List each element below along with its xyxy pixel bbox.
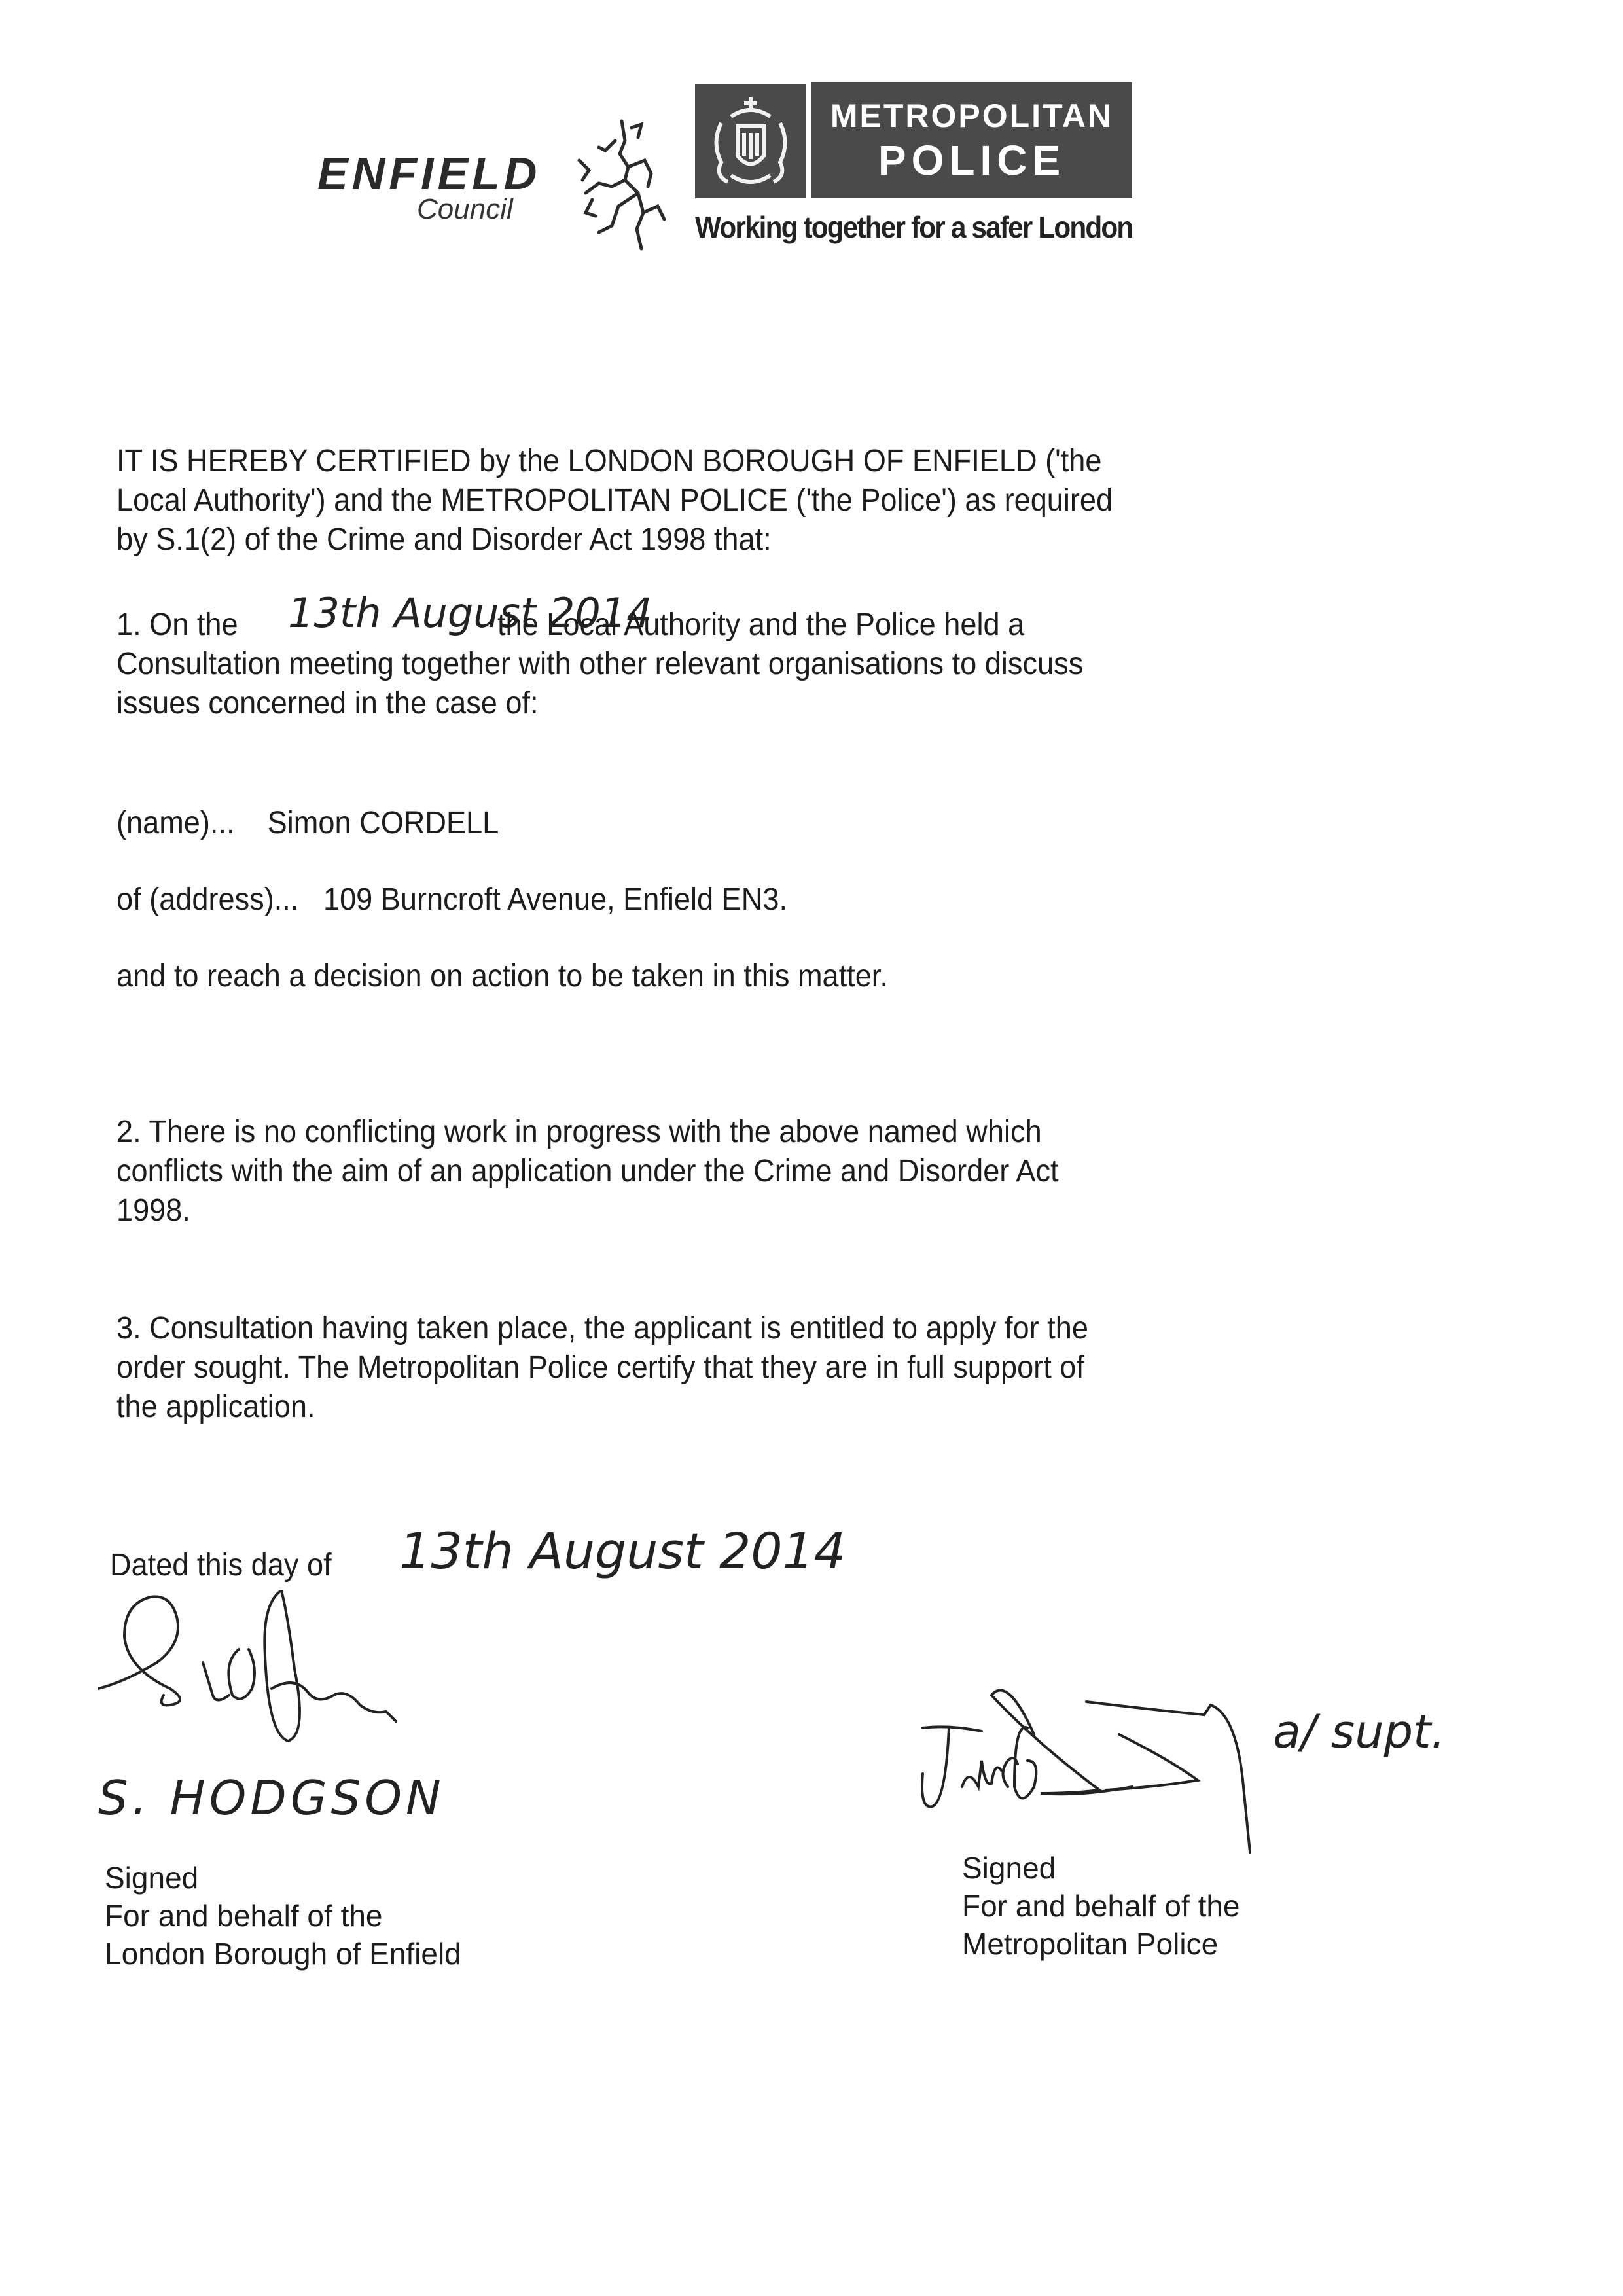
met-police-signature	[910, 1656, 1381, 1865]
name-value: Simon CORDELL	[268, 806, 499, 840]
right-signed-label: Signed	[962, 1849, 1056, 1887]
decision-line: and to reach a decision on action to be …	[116, 957, 888, 996]
enfield-logo-subtitle: Council	[417, 193, 513, 226]
name-label: (name)...	[116, 806, 235, 840]
item1-handwritten-date: 13th August 2014	[288, 589, 652, 637]
item2-line-3: 1998.	[116, 1191, 190, 1230]
enfield-signatory-printed-name: S. HODGSON	[98, 1770, 445, 1825]
right-behalf-label: For and behalf of the	[962, 1887, 1240, 1925]
met-police-tagline: Working together for a safer London	[695, 209, 1132, 245]
item1-line-3: issues concerned in the case of:	[116, 684, 539, 723]
subject-address-row: of (address)... 109 Burncroft Avenue, En…	[116, 880, 787, 920]
dated-handwritten-value: 13th August 2014	[399, 1522, 846, 1580]
item2-line-1: 2. There is no conflicting work in progr…	[116, 1113, 1042, 1152]
address-label: of (address)...	[116, 882, 298, 917]
item3-line-3: the application.	[116, 1388, 315, 1427]
dated-label: Dated this day of	[110, 1546, 332, 1585]
item2-line-2: conflicts with the aim of an application…	[116, 1152, 1059, 1191]
enfield-council-logo: ENFIELD Council	[317, 128, 684, 252]
met-signatory-rank-annotation: a/ supt.	[1273, 1705, 1446, 1759]
enfield-dragon-icon	[560, 115, 677, 259]
met-police-crest-icon	[695, 84, 806, 198]
item1-line-2: Consultation meeting together with other…	[116, 645, 1083, 684]
met-police-name-line1: METROPOLITAN	[811, 97, 1132, 135]
enfield-logo-name: ENFIELD	[317, 147, 541, 200]
subject-name-row: (name)... Simon CORDELL	[116, 804, 499, 843]
left-behalf-label: For and behalf of the	[105, 1897, 383, 1935]
item3-line-2: order sought. The Metropolitan Police ce…	[116, 1348, 1084, 1388]
certificate-page: ENFIELD Council	[0, 0, 1623, 2296]
metropolitan-police-logo: METROPOLITAN POLICE Working together for…	[695, 84, 1153, 251]
right-org-label: Metropolitan Police	[962, 1925, 1218, 1963]
left-org-label: London Borough of Enfield	[105, 1935, 461, 1973]
item1-prefix: 1. On the	[116, 607, 238, 642]
left-signed-label: Signed	[105, 1859, 198, 1897]
intro-line-1: IT IS HEREBY CERTIFIED by the LONDON BOR…	[116, 442, 1101, 481]
item3-line-1: 3. Consultation having taken place, the …	[116, 1309, 1088, 1348]
met-police-name-box: METROPOLITAN POLICE	[811, 82, 1132, 198]
intro-line-3: by S.1(2) of the Crime and Disorder Act …	[116, 520, 772, 560]
enfield-signature	[98, 1590, 465, 1761]
intro-line-2: Local Authority') and the METROPOLITAN P…	[116, 481, 1113, 520]
address-value: 109 Burncroft Avenue, Enfield EN3.	[323, 882, 787, 917]
met-police-name-line2: POLICE	[811, 136, 1132, 185]
